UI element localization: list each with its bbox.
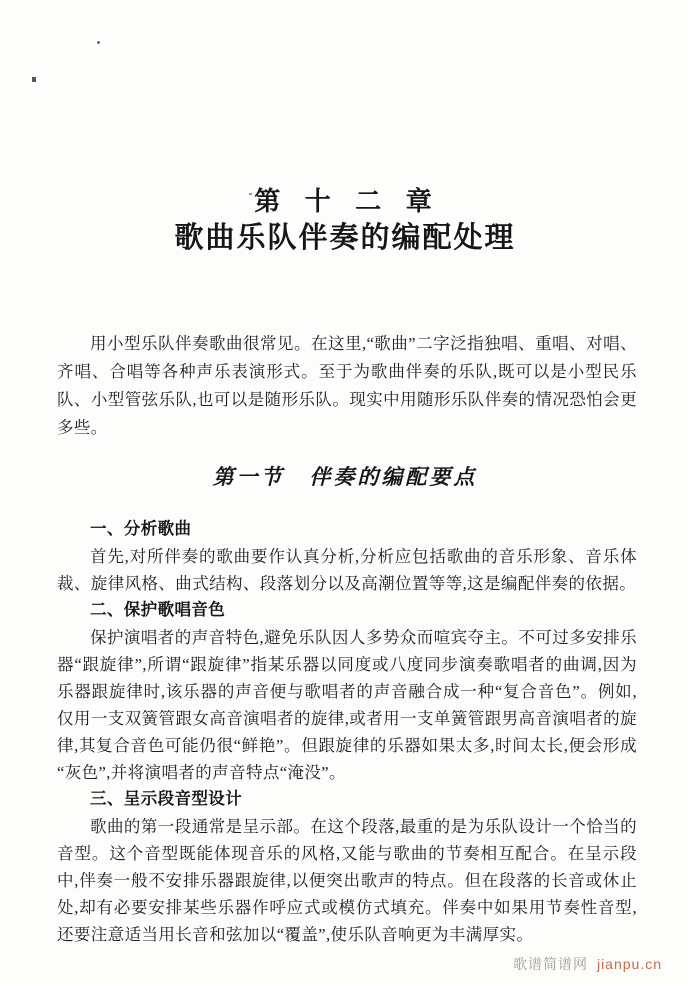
section-heading: 第一节 伴奏的编配要点	[0, 464, 690, 490]
scan-speck	[97, 41, 100, 44]
subsection-heading-2: 二、保护歌唱音色	[57, 597, 637, 624]
scanned-book-page: 第 十 二 章 歌曲乐队伴奏的编配处理 用小型乐队伴奏歌曲很常见。在这里,“歌曲…	[0, 0, 690, 985]
watermark: 歌谱简谱网 jianpu.cn	[513, 954, 662, 974]
scan-speck	[32, 77, 36, 82]
subsection-heading-3: 三、呈示段音型设计	[57, 786, 637, 813]
watermark-site-name: 歌谱简谱网	[513, 956, 588, 972]
section-content: 一、分析歌曲 首先,对所伴奏的歌曲要作认真分析,分析应包括歌曲的音乐形象、音乐体…	[57, 516, 637, 948]
chapter-header: 第 十 二 章 歌曲乐队伴奏的编配处理	[0, 0, 690, 256]
scan-speck	[249, 193, 252, 195]
watermark-site-url: jianpu.cn	[597, 956, 662, 972]
intro-paragraph: 用小型乐队伴奏歌曲很常见。在这里,“歌曲”二字泛指独唱、重唱、对唱、齐唱、合唱等…	[57, 330, 637, 442]
chapter-number: 第 十 二 章	[0, 186, 690, 217]
subsection-body-3: 歌曲的第一段通常是呈示部。在这个段落,最重的是为乐队设计一个恰当的音型。这个音型…	[57, 813, 637, 948]
subsection-body-2: 保护演唱者的声音特色,避免乐队因人多势众而喧宾夺主。不可过多安排乐器“跟旋律”,…	[57, 624, 637, 786]
subsection-heading-1: 一、分析歌曲	[57, 516, 637, 543]
subsection-body-1: 首先,对所伴奏的歌曲要作认真分析,分析应包括歌曲的音乐形象、音乐体裁、旋律风格、…	[57, 543, 637, 597]
chapter-title: 歌曲乐队伴奏的编配处理	[0, 221, 690, 256]
